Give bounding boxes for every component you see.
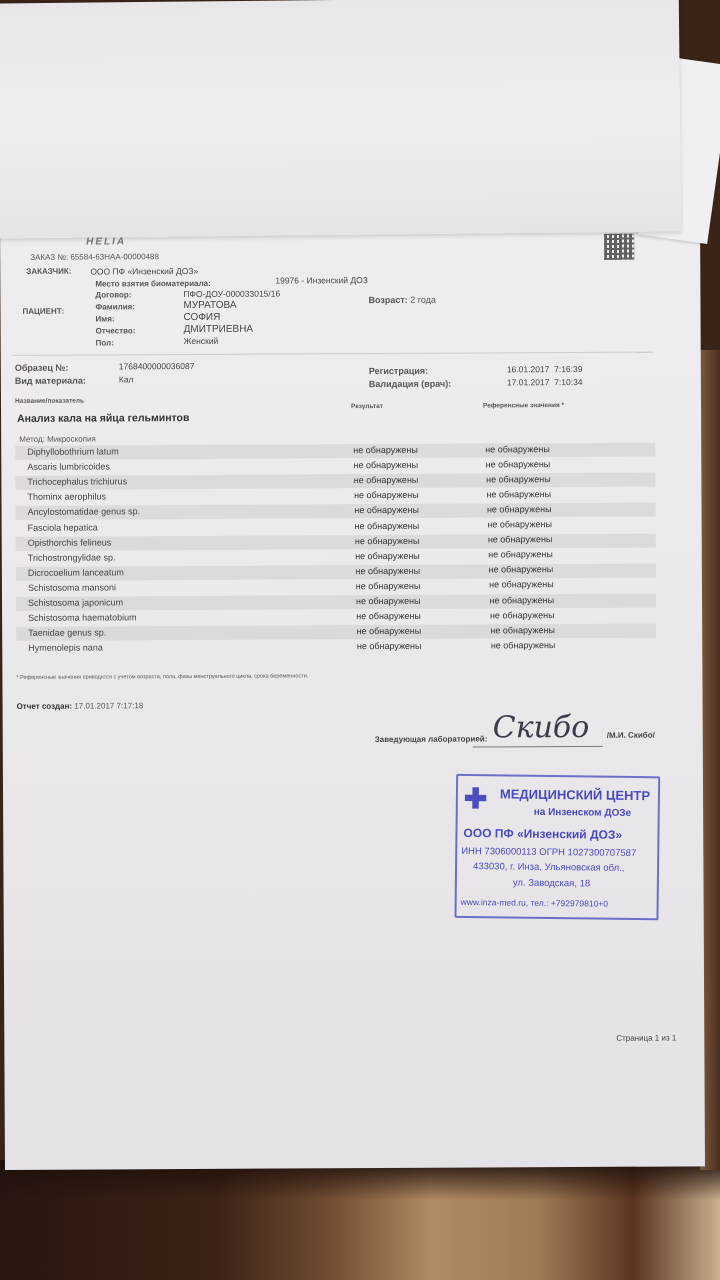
sex-label: Пол: [96,338,114,347]
result-value: не обнаружены [357,641,422,651]
organism-name: Schistosoma haematobium [28,612,137,623]
reference-value: не обнаружены [487,519,552,529]
report-created-value: 17.01.2017 7:17:18 [74,701,143,710]
material-value: Кал [119,374,134,384]
stamp-org: ООО ПФ «Инзенский ДОЗ» [463,826,622,842]
result-value: не обнаружены [356,611,421,621]
top-paper-sheet [0,0,681,239]
medical-center-stamp: ✚ МЕДИЦИНСКИЙ ЦЕНТР на Инзенском ДОЗе ОО… [454,774,660,920]
reference-value: не обнаружены [489,564,554,574]
stamp-address-1: 433030, г. Инза, Ульяновская обл., [473,861,624,874]
collection-place-label: Место взятия биоматериала: [95,279,210,289]
surname-label: Фамилия: [95,302,134,311]
organism-name: Dicrocoelium lanceatum [28,567,124,578]
validation-date: 17.01.2017 [507,377,550,387]
result-value: не обнаружены [353,460,418,470]
stamp-title: МЕДИЦИНСКИЙ ЦЕНТР [500,786,650,803]
organism-name: Diphyllobothrium latum [27,446,119,456]
divider [13,352,653,356]
report-created: Отчет создан: 17.01.2017 7:17:18 [17,701,144,711]
reference-value: не обнаружены [487,504,552,514]
lab-logo: HELIA [86,236,126,247]
patronymic-value: ДМИТРИЕВНА [184,324,254,335]
medical-cross-icon: ✚ [464,784,494,814]
result-value: не обнаружены [354,505,419,515]
sex-value: Женский [184,336,219,346]
contract-label: Договор: [95,290,131,299]
age-label-text: Возраст: [368,295,407,305]
report-created-label: Отчет создан: [17,702,73,711]
organism-name: Fasciola hepatica [28,522,98,532]
surname-value: МУРАТОВА [183,300,236,311]
registration-datetime: 16.01.2017 7:16:39 [507,364,583,374]
organism-name: Thominx aerophilus [27,492,106,502]
reference-value: не обнаружены [490,610,555,620]
reference-value: не обнаружены [491,640,556,650]
organism-name: Ancylostomatidae genus sp. [28,507,141,518]
handwritten-signature: Скибо [493,710,590,746]
organism-name: Trichocephalus trichiurus [27,477,127,488]
registration-time: 7:16:39 [554,364,582,374]
reference-value: не обнаружены [486,474,551,484]
organism-name: Ascaris lumbricoides [27,462,110,472]
test-method: Метод: Микроскопия [19,435,96,444]
column-header-result: Результат [351,403,383,410]
result-value: не обнаружены [353,445,418,455]
result-value: не обнаружены [356,581,421,591]
result-value: не обнаружены [356,596,421,606]
validation-time: 7:10:34 [554,377,582,387]
page-number: Страница 1 из 1 [616,1033,676,1042]
name-value: СОФИЯ [184,312,221,323]
column-header-name: Название/показатель [15,398,84,405]
reference-value: не обнаружены [486,489,551,499]
result-value: не обнаружены [354,475,419,485]
reference-value: не обнаружены [485,444,550,454]
registration-date: 16.01.2017 [507,364,550,374]
result-value: не обнаружены [354,490,419,500]
organism-name: Hymenolepis nana [28,643,103,653]
reference-footnote: * Референсные значения приводятся с учет… [16,673,308,681]
age-value: 2 года [410,295,436,305]
reference-value: не обнаружены [490,625,555,635]
sample-number-value: 1768400000036087 [119,361,195,371]
signature-name: /М.И. Скибо/ [607,731,655,740]
reference-value: не обнаружены [488,534,553,544]
organism-name: Opisthorchis felineus [28,537,112,547]
organism-name: Taenidae genus sp. [28,628,106,638]
test-title: Анализ кала на яйца гельминтов [17,412,189,425]
stamp-address-2: ул. Заводская, 18 [513,878,590,890]
organism-name: Schistosoma japonicum [28,597,123,607]
age-label: Возраст: 2 года [368,295,435,305]
registration-label: Регистрация: [369,366,428,376]
reference-value: не обнаружены [486,459,551,469]
signature-line [473,746,603,748]
qr-code-icon [604,234,634,260]
stamp-contacts: www.inza-med.ru, тел.: +792979810+0 [461,897,609,909]
validation-label: Валидация (врач): [369,379,451,389]
stamp-subtitle: на Инзенском ДОЗе [534,807,632,819]
patronymic-label: Отчество: [96,326,136,335]
result-value: не обнаружены [355,520,420,530]
organism-name: Schistosoma mansoni [28,582,116,592]
signature-label: Заведующая лабораторией: [375,734,488,744]
customer-label: ЗАКАЗЧИК: [26,267,71,276]
order-number: ЗАКАЗ №: 65584-63НАА-00000488 [30,252,159,262]
sample-number-label: Образец №: [15,363,69,373]
reference-value: не обнаружены [489,579,554,589]
name-label: Имя: [96,314,115,323]
row-band [16,624,656,641]
contract-value: ПФО-ДОУ-000033015/16 [183,289,280,300]
customer-value: ООО ПФ «Инзенский ДОЗ» [90,266,198,277]
stamp-ids: ИНН 7306000113 ОГРН 1027300707587 [461,846,636,859]
result-value: не обнаружены [355,535,420,545]
column-header-reference: Референсные значения * [483,402,564,409]
patient-label: ПАЦИЕНТ: [22,307,64,316]
result-value: не обнаружены [357,626,422,636]
organism-name: Trichostrongylidae sp. [28,552,116,562]
lab-report-page: HELIA ЗАКАЗ №: 65584-63НАА-00000488 ЗАКА… [0,211,705,1170]
result-value: не обнаружены [355,550,420,560]
reference-value: не обнаружены [488,549,553,559]
reference-value: не обнаружены [489,595,554,605]
validation-datetime: 17.01.2017 7:10:34 [507,377,583,387]
collection-place-value: 19976 - Инзенский ДОЗ [275,275,368,285]
order-value: 65584-63НАА-00000488 [70,252,159,261]
result-value: не обнаружены [355,566,420,576]
material-label: Вид материала: [15,376,86,386]
order-label: ЗАКАЗ №: [30,253,68,262]
